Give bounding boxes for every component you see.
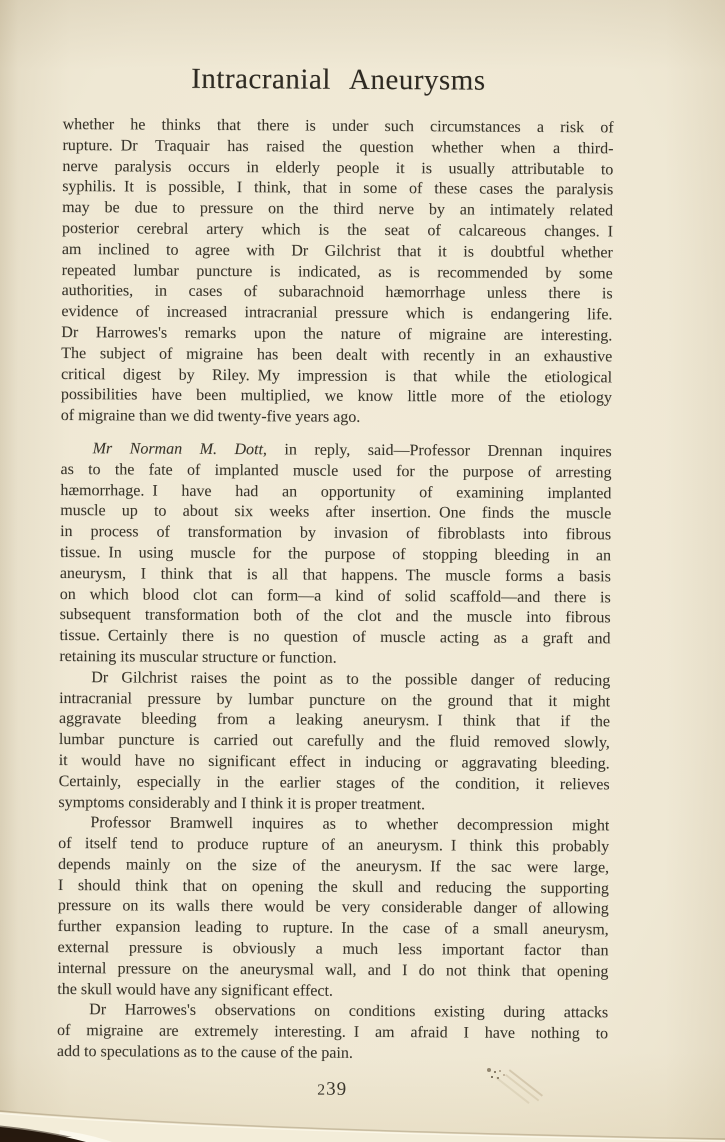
text-line: as to the fate of implanted muscle used … (60, 460, 611, 484)
paragraph: Dr Gilchrist raises the point as to the … (58, 668, 610, 817)
ink-smudge (487, 1068, 491, 1072)
page-body: whether he thinks that there is under su… (57, 115, 614, 1066)
text-line: of migraine than we did twenty-five year… (61, 406, 612, 430)
page-title: Intracranial Aneurysms (63, 60, 614, 99)
text-line: Certainly, especially in the earlier sta… (59, 772, 610, 796)
speaker-name: Mr Norman M. Dott (93, 440, 263, 458)
text-line: internal pressure on the aneurysmal wall… (57, 959, 608, 983)
paragraph: Dr Harrowes's observations on conditions… (57, 1000, 608, 1066)
text-line: retaining its muscular structure or func… (59, 647, 610, 671)
paragraph: Mr Norman M. Dott, in reply, said—Profes… (59, 439, 611, 671)
paragraph: whether he thinks that there is under su… (61, 115, 614, 430)
text-line: aneurysm, I think that is all that happe… (60, 564, 611, 588)
text-line: rupture. Dr Traquair has raised the ques… (62, 136, 613, 160)
text-line: The subject of migraine has been dealt w… (61, 344, 612, 368)
book-page: Intracranial Aneurysms whether he thinks… (0, 0, 725, 1142)
text-line: add to speculations as to the cause of t… (57, 1042, 608, 1066)
text-line: Dr Gilchrist raises the point as to the … (59, 668, 610, 692)
text-line: tissue. In using muscle for the purpose … (60, 543, 611, 567)
text-line: am inclined to agree with Dr Gilchrist t… (62, 240, 613, 264)
text-line: it would have no significant effect in i… (59, 751, 610, 775)
page-content: Intracranial Aneurysms whether he thinks… (57, 60, 614, 1102)
text-line: Mr Norman M. Dott, in reply, said—Profes… (61, 439, 612, 463)
text-line: depends mainly on the size of the aneury… (58, 855, 609, 879)
paragraph: Professor Bramwell inquires as to whethe… (57, 813, 609, 1004)
curled-page-corner (0, 1104, 725, 1142)
